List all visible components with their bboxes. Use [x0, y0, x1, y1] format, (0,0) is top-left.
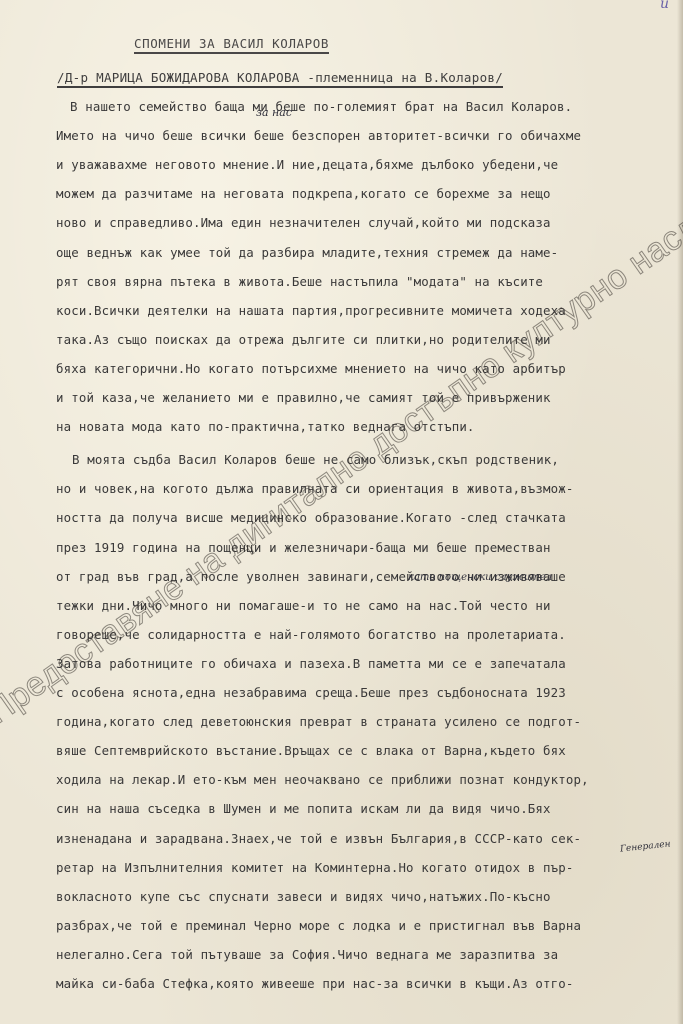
text-line: майка си-баба Стефка,която живееше при н… [56, 976, 573, 991]
text-line: още веднъж как умее той да разбира млади… [56, 245, 558, 260]
text-line: година,когато след деветоюнския преврат … [56, 714, 581, 729]
text-line: с особена яснота,една незабравима среща.… [56, 685, 566, 700]
text-line: така.Аз също поисках да отрежа дългите с… [56, 332, 551, 347]
text-line: бяха категорични.Но когато потърсихме мн… [56, 361, 566, 376]
text-line: и той каза,че желанието ми е правилно,че… [56, 390, 551, 405]
text-line: рят своя вярна пътека в живота.Беше наст… [56, 274, 543, 289]
text-line: вяше Септемврийското въстание.Връщах се … [56, 743, 566, 758]
text-line: изненадана и зарадвана.Знаех,че той е из… [56, 831, 581, 846]
text-line: и уважавахме неговото мнение.И ние,децат… [56, 157, 558, 172]
text-line: вокласното купе със спуснати завеси и ви… [56, 889, 551, 904]
handwritten-annotation-postal: като пощенски служител [408, 572, 552, 583]
document-page: и СПОМЕНИ ЗА ВАСИЛ КОЛАРОВ /Д-р МАРИЦА Б… [0, 0, 683, 1024]
text-line: говореше,че солидарността е най-голямото… [56, 627, 566, 642]
text-line: Името на чичо беше всички беше безспорен… [56, 128, 581, 143]
document-title: СПОМЕНИ ЗА ВАСИЛ КОЛАРОВ [134, 36, 329, 54]
text-line: В моята съдба Васил Коларов беше не само… [72, 452, 559, 467]
handwritten-annotation-generalni: Генерален [620, 839, 671, 854]
text-line: В нашето семейство баща ми беше по-голем… [70, 99, 572, 114]
text-line: син на наша съседка в Шумен и ме попита … [56, 801, 551, 816]
page-edge-shadow [677, 0, 683, 1024]
handwritten-annotation-za-nas: за нас [256, 106, 292, 119]
text-line: през 1919 година на пощенци и железничар… [56, 540, 551, 555]
text-line: но и човек,на когото дължа правилната си… [56, 481, 573, 496]
text-line: ходила на лекар.И ето-към мен неочаквано… [56, 772, 589, 787]
document-subtitle: /Д-р МАРИЦА БОЖИДАРОВА КОЛАРОВА -племенн… [57, 70, 503, 88]
text-line: коси.Всички деятелки на нашата партия,пр… [56, 303, 566, 318]
text-line: Затова работниците го обичаха и пазеха.В… [56, 656, 566, 671]
text-line: тежки дни.Чичо много ни помагаше-и то не… [56, 598, 551, 613]
handwritten-corner-mark: и [660, 0, 669, 12]
text-line: ново и справедливо.Има един незначителен… [56, 215, 551, 230]
text-line: ността да получа висше медицинско образо… [56, 510, 566, 525]
text-line: нелегално.Сега той пътуваше за София.Чич… [56, 947, 558, 962]
watermark: Предоставяне на дигитално достъпно култу… [0, 144, 683, 732]
text-line: ретар на Изпълнителния комитет на Коминт… [56, 860, 573, 875]
text-line: можем да разчитаме на неговата подкрепа,… [56, 186, 551, 201]
text-line: на новата мода като по-практична,татко в… [56, 419, 475, 434]
text-line: разбрах,че той е преминал Черно море с л… [56, 918, 581, 933]
